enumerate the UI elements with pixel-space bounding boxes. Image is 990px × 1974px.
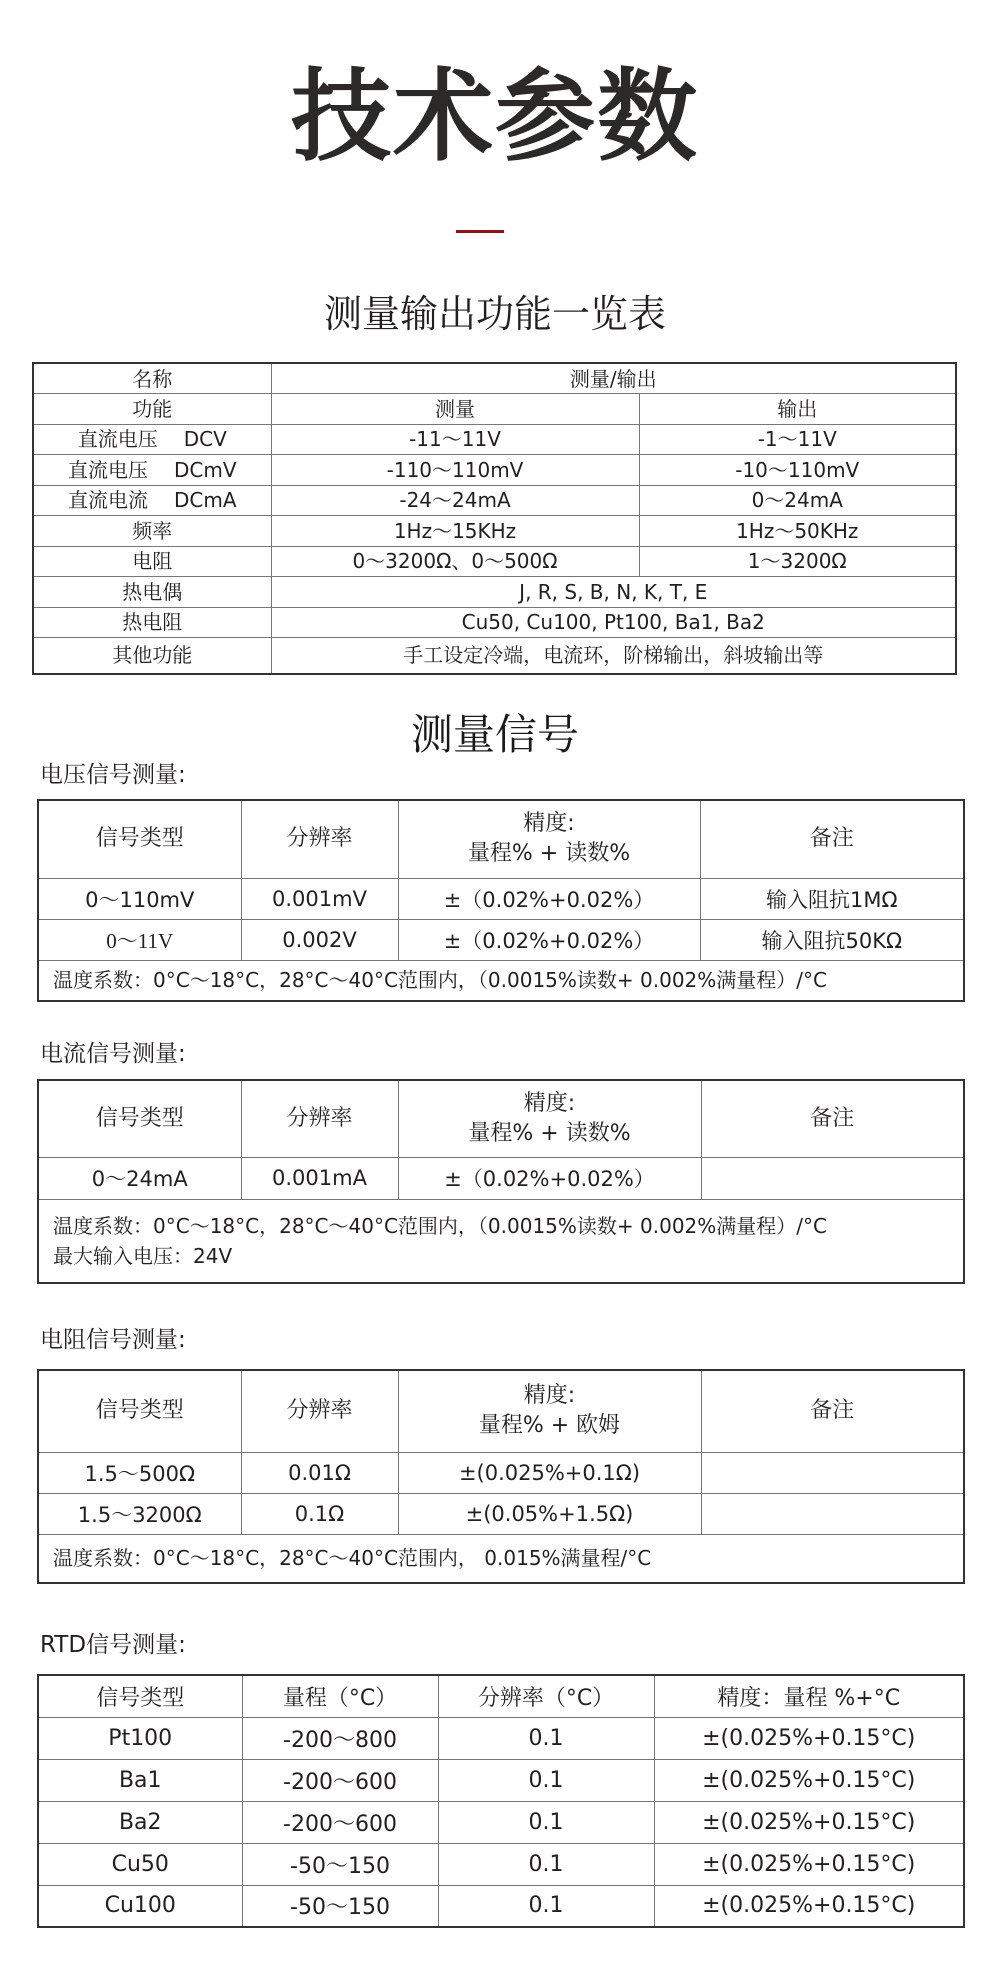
merged-value-cell: Cu50, Cu100, Pt100, Ba1, Ba2 [271,607,956,638]
accuracy-cell: ±(0.025%+0.1Ω) [398,1452,701,1493]
table-header-row: 信号类型 量程（°C） 分辨率（°C） 精度：量程 %+°C [38,1675,964,1717]
function-name-cell: 直流电压DCV [33,424,271,455]
table-row: Ba2 -200～600 0.1 ±(0.025%+0.15°C) [38,1801,964,1843]
title-accent-divider [456,230,504,233]
table-row: 直流电压DCV -11～11V -1～11V [33,424,956,455]
name-header: 名称 [33,363,271,394]
resolution-cell: 0.01Ω [241,1452,398,1493]
resolution-cell: 0.002V [241,919,398,960]
accuracy-header: 精度：量程 %+°C [654,1675,964,1717]
table-row: 0～110mV 0.001mV ±（0.02%+0.02%） 输入阻抗1MΩ [38,878,964,919]
output-range-cell: -10～110mV [639,455,956,486]
output-range-cell: 1Hz～50KHz [639,516,956,547]
table-row: 热电偶 J, R, S, B, N, K, T, E [33,577,956,608]
resistance-section-label: 电阻信号测量: [40,1325,186,1355]
signal-type-cell: Pt100 [38,1717,242,1759]
resolution-header: 分辨率 [241,1370,398,1452]
resolution-header: 分辨率（°C） [438,1675,654,1717]
remark-cell [701,1452,964,1493]
resolution-cell: 0.001mV [241,878,398,919]
table-note-row: 温度系数：0°C～18°C，28°C～40°C范围内， 0.015%满量程/°C [38,1534,964,1583]
table-header-row: 信号类型 分辨率 精度:量程% + 读数% 备注 [38,800,964,878]
accuracy-cell: ±(0.025%+0.15°C) [654,1801,964,1843]
table-row: 1.5～500Ω 0.01Ω ±(0.025%+0.1Ω) [38,1452,964,1493]
resolution-cell: 0.1 [438,1801,654,1843]
max-input-voltage-note: 最大输入电压：24V [53,1241,963,1271]
voltage-section-label: 电压信号测量: [40,760,186,790]
signal-type-header: 信号类型 [38,1370,241,1452]
table-row: 其他功能 手工设定冷端，电流环，阶梯输出，斜坡输出等 [33,638,956,674]
table-note-row: 温度系数：0°C～18°C，28°C～40°C范围内，（0.0015%读数+ 0… [38,960,964,1001]
accuracy-header: 精度:量程% + 欧姆 [398,1370,701,1452]
table-row: Cu100 -50～150 0.1 ±(0.025%+0.15°C) [38,1885,964,1927]
function-name-cell: 热电偶 [33,577,271,608]
range-cell: -50～150 [242,1885,438,1927]
table-row: 名称 测量/输出 [33,363,956,394]
table-row: 0～11V 0.002V ±（0.02%+0.02%） 输入阻抗50KΩ [38,919,964,960]
table-row: Pt100 -200～800 0.1 ±(0.025%+0.15°C) [38,1717,964,1759]
measure-output-header: 测量/输出 [271,363,956,394]
notes-cell: 温度系数：0°C～18°C，28°C～40°C范围内，（0.0015%读数+ 0… [38,1199,964,1283]
function-name-cell: 直流电压DCmV [33,455,271,486]
output-range-cell: 0～24mA [639,485,956,516]
function-overview-table: 名称 测量/输出 功能 测量 输出 直流电压DCV -11～11V -1～11V… [32,362,957,675]
function-table-title: 测量输出功能一览表 [0,292,990,336]
table-header-row: 信号类型 分辨率 精度:量程% + 读数% 备注 [38,1080,964,1157]
accuracy-header: 精度:量程% + 读数% [398,800,700,878]
accuracy-cell: ±(0.025%+0.15°C) [654,1843,964,1885]
accuracy-cell: ±(0.025%+0.15°C) [654,1885,964,1927]
merged-value-cell: J, R, S, B, N, K, T, E [271,577,956,608]
remark-cell: 输入阻抗1MΩ [700,878,964,919]
resistance-measurement-table: 信号类型 分辨率 精度:量程% + 欧姆 备注 1.5～500Ω 0.01Ω ±… [37,1369,965,1584]
rtd-section-label: RTD信号测量: [40,1630,186,1660]
resolution-cell: 0.1 [438,1759,654,1801]
signal-type-cell: 0～110mV [38,878,241,919]
table-note-row: 温度系数：0°C～18°C，28°C～40°C范围内，（0.0015%读数+ 0… [38,1199,964,1283]
voltage-measurement-table: 信号类型 分辨率 精度:量程% + 读数% 备注 0～110mV 0.001mV… [37,799,965,1002]
remark-header: 备注 [701,1080,964,1157]
signal-type-cell: Ba2 [38,1801,242,1843]
remark-cell [701,1157,964,1199]
measure-range-cell: 1Hz～15KHz [271,516,639,547]
resolution-cell: 0.1Ω [241,1493,398,1534]
signal-type-header: 信号类型 [38,1675,242,1717]
output-header: 输出 [639,394,956,425]
signal-type-header: 信号类型 [38,1080,241,1157]
accuracy-cell: ±（0.02%+0.02%） [398,919,700,960]
function-name-cell: 热电阻 [33,607,271,638]
current-measurement-table: 信号类型 分辨率 精度:量程% + 读数% 备注 0～24mA 0.001mA … [37,1079,965,1284]
range-cell: -200～600 [242,1801,438,1843]
range-header: 量程（°C） [242,1675,438,1717]
page-title: 技术参数 [0,58,990,176]
resolution-header: 分辨率 [241,1080,398,1157]
measure-range-cell: 0～3200Ω、0～500Ω [271,546,639,577]
resolution-cell: 0.001mA [241,1157,398,1199]
function-name-cell: 其他功能 [33,638,271,674]
function-header: 功能 [33,394,271,425]
accuracy-cell: ±(0.025%+0.15°C) [654,1759,964,1801]
output-range-cell: 1～3200Ω [639,546,956,577]
table-row: 直流电压DCmV -110～110mV -10～110mV [33,455,956,486]
range-cell: -50～150 [242,1843,438,1885]
rtd-measurement-table: 信号类型 量程（°C） 分辨率（°C） 精度：量程 %+°C Pt100 -20… [37,1674,965,1928]
resolution-cell: 0.1 [438,1885,654,1927]
table-row: 直流电流DCmA -24～24mA 0～24mA [33,485,956,516]
range-cell: -200～600 [242,1759,438,1801]
accuracy-cell: ±(0.025%+0.15°C) [654,1717,964,1759]
signal-type-cell: Cu100 [38,1885,242,1927]
output-range-cell: -1～11V [639,424,956,455]
function-name-cell: 频率 [33,516,271,547]
accuracy-cell: ±（0.02%+0.02%） [398,1157,701,1199]
table-row: Cu50 -50～150 0.1 ±(0.025%+0.15°C) [38,1843,964,1885]
table-row: 频率 1Hz～15KHz 1Hz～50KHz [33,516,956,547]
function-name-cell: 直流电流DCmA [33,485,271,516]
signal-type-cell: Cu50 [38,1843,242,1885]
remark-cell: 输入阻抗50KΩ [700,919,964,960]
signal-type-cell: Ba1 [38,1759,242,1801]
measure-header: 测量 [271,394,639,425]
function-name-cell: 电阻 [33,546,271,577]
resolution-cell: 0.1 [438,1843,654,1885]
remark-header: 备注 [700,800,964,878]
table-row: 0～24mA 0.001mA ±（0.02%+0.02%） [38,1157,964,1199]
signal-type-header: 信号类型 [38,800,241,878]
accuracy-cell: ±(0.05%+1.5Ω) [398,1493,701,1534]
table-header-row: 信号类型 分辨率 精度:量程% + 欧姆 备注 [38,1370,964,1452]
measurement-section-title: 测量信号 [0,710,990,760]
table-row: 1.5～3200Ω 0.1Ω ±(0.05%+1.5Ω) [38,1493,964,1534]
range-cell: -200～800 [242,1717,438,1759]
signal-type-cell: 0～24mA [38,1157,241,1199]
signal-type-cell: 0～11V [38,919,241,960]
table-row: Ba1 -200～600 0.1 ±(0.025%+0.15°C) [38,1759,964,1801]
remark-header: 备注 [701,1370,964,1452]
accuracy-cell: ±（0.02%+0.02%） [398,878,700,919]
current-section-label: 电流信号测量: [40,1039,186,1069]
measure-range-cell: -11～11V [271,424,639,455]
measure-range-cell: -24～24mA [271,485,639,516]
temperature-coefficient-note: 温度系数：0°C～18°C，28°C～40°C范围内， 0.015%满量程/°C [38,1534,964,1583]
table-row: 功能 测量 输出 [33,394,956,425]
signal-type-cell: 1.5～3200Ω [38,1493,241,1534]
remark-cell [701,1493,964,1534]
signal-type-cell: 1.5～500Ω [38,1452,241,1493]
temperature-coefficient-note: 温度系数：0°C～18°C，28°C～40°C范围内，（0.0015%读数+ 0… [53,1211,963,1241]
temperature-coefficient-note: 温度系数：0°C～18°C，28°C～40°C范围内，（0.0015%读数+ 0… [38,960,964,1001]
accuracy-header: 精度:量程% + 读数% [398,1080,701,1157]
merged-value-cell: 手工设定冷端，电流环，阶梯输出，斜坡输出等 [271,638,956,674]
table-row: 电阻 0～3200Ω、0～500Ω 1～3200Ω [33,546,956,577]
table-row: 热电阻 Cu50, Cu100, Pt100, Ba1, Ba2 [33,607,956,638]
measure-range-cell: -110～110mV [271,455,639,486]
resolution-cell: 0.1 [438,1717,654,1759]
resolution-header: 分辨率 [241,800,398,878]
